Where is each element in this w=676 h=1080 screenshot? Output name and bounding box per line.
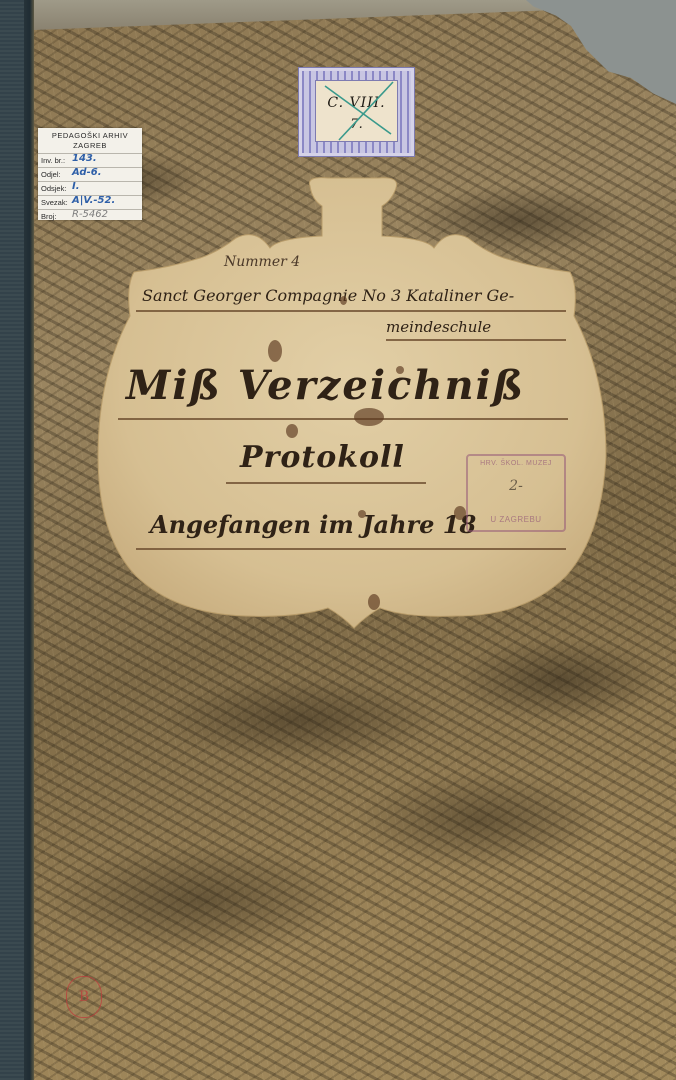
catalog-tag: C. VIII. 7. xyxy=(298,67,415,157)
field-value: I. xyxy=(72,180,80,193)
archive-city: ZAGREB xyxy=(38,141,142,151)
rule-3 xyxy=(118,418,568,420)
rule-1 xyxy=(136,310,566,312)
annotation-number: Nummer 4 xyxy=(224,254,300,270)
ink-stain xyxy=(286,424,298,438)
field-label: Inv. br.: xyxy=(41,156,65,165)
stamp-middle-text: 2- xyxy=(468,478,564,494)
ink-stain xyxy=(396,366,404,374)
field-label: Odsjek: xyxy=(41,184,66,193)
spine-edge xyxy=(24,0,34,1080)
shield-label: Nummer 4 Sanct Georger Compagnie No 3 Ka… xyxy=(96,176,608,638)
field-label: Svezak: xyxy=(41,198,68,207)
ink-stain xyxy=(354,408,384,426)
stamp-bottom-text: U ZAGREBU xyxy=(468,515,564,524)
company-line: Sanct Georger Compagnie No 3 Kataliner G… xyxy=(142,286,514,305)
red-ownership-mark: B xyxy=(66,976,102,1018)
stamp-top-text: HRV. ŠKOL. MUZEJ xyxy=(468,460,564,467)
ink-stain xyxy=(358,510,366,518)
museum-stamp: HRV. ŠKOL. MUZEJ 2- U ZAGREBU xyxy=(466,454,566,532)
archive-institution: PEDAGOŠKI ARHIV xyxy=(38,128,142,141)
rule-2 xyxy=(386,339,566,341)
company-line-2: meindeschule xyxy=(386,318,491,336)
field-label: Odjel: xyxy=(41,170,61,179)
cloth-spine xyxy=(0,0,26,1080)
rule-4 xyxy=(226,482,426,484)
ink-stain xyxy=(268,340,282,362)
cross-out-mark-icon xyxy=(299,68,416,158)
field-inv: Inv. br.: 143. xyxy=(38,153,142,167)
ink-stain xyxy=(368,594,380,610)
field-value: 143. xyxy=(72,152,97,165)
field-label: Broj: xyxy=(41,212,56,221)
rule-5 xyxy=(136,548,566,550)
ink-stain xyxy=(340,296,347,305)
subtitle: Protokoll xyxy=(240,440,405,475)
ink-stain xyxy=(454,506,466,520)
started-line: Angefangen im Jahre 18 xyxy=(150,510,476,539)
title: Miß Verzeichniß xyxy=(126,362,525,409)
